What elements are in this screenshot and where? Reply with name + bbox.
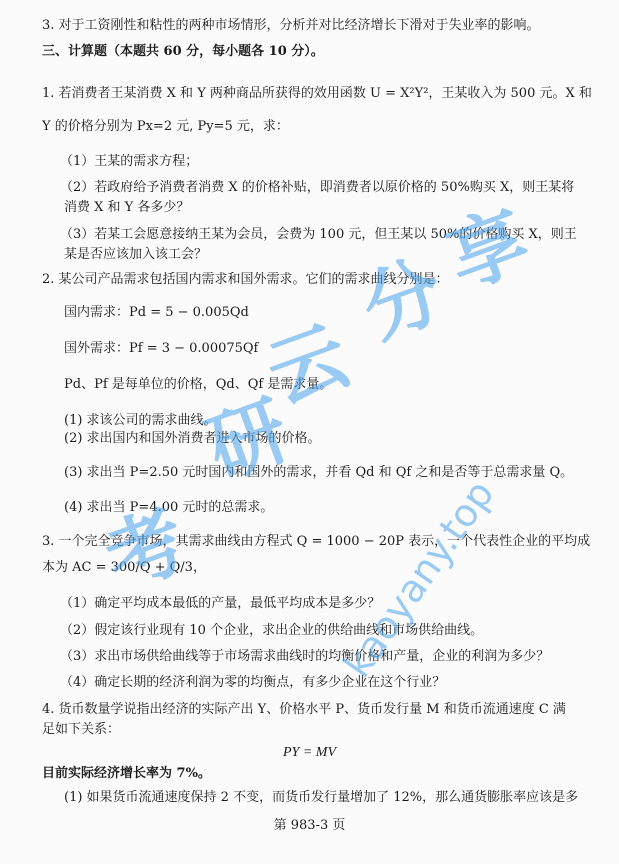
section-title: 三、计算题（本题共 60 分，每小题各 10 分）。 <box>42 44 324 60</box>
quantity-equation: PY = MV <box>0 745 619 761</box>
problem-3-sub-1: （1）确定平均成本最低的产量，最低平均成本是多少？ <box>60 596 380 612</box>
problem-2-sub-1: (1) 求该公司的需求曲线。 <box>64 413 217 429</box>
problem-3-sub-2: （2）假定该行业现有 10 个企业，求出企业的供给曲线和市场供给曲线。 <box>60 623 483 639</box>
problem-2-sub-3: (3) 求出当 P=2.50 元时国内和国外的需求，并看 Qd 和 Qf 之和是… <box>64 465 573 481</box>
problem-1-sub-3b: 某是否应该加入该工会？ <box>64 247 207 263</box>
watermark-char: 分 <box>345 228 457 360</box>
problem-2-foreign-demand: 国外需求：Pf = 3 − 0.00075Qf <box>64 341 258 357</box>
problem-2-sub-2: (2) 求出国内和国外消费者进入市场的价格。 <box>64 431 321 447</box>
problem-1-sub-3a: （3）若某工会愿意接纳王某为会员，会费为 100 元，但王某以 50%的价格购买… <box>60 227 577 243</box>
problem-4-line-1: 4. 货币数量学说指出经济的实际产出 Y、价格水平 P、货币发行量 M 和货币流… <box>42 702 566 718</box>
problem-3-sub-3: （3）求出市场供给曲线等于市场需求曲线时的均衡价格和产量，企业的利润为多少？ <box>60 649 549 665</box>
watermark-char: 云 <box>250 293 362 425</box>
page-footer: 第 983-3 页 <box>0 818 619 834</box>
problem-1-line-1: 1. 若消费者王某消费 X 和 Y 两种商品所获得的效用函数 U = X²Y²，… <box>42 86 592 102</box>
problem-2-intro: 2. 某公司产品需求包括国内需求和国外需求。它们的需求曲线分别是： <box>42 272 449 288</box>
problem-1-sub-2b: 消费 X 和 Y 各多少？ <box>64 200 189 216</box>
problem-4-line-2: 足如下关系： <box>42 722 120 738</box>
problem-2-domestic-demand: 国内需求：Pd = 5 − 0.005Qd <box>64 305 249 321</box>
exam-page: 3. 对于工资刚性和粘性的两种市场情形，分析并对比经济增长下滑对于失业率的影响。… <box>0 0 619 864</box>
problem-1-sub-2a: （2）若政府给予消费者消费 X 的价格补贴，即消费者以原价格的 50%购买 X，… <box>60 180 574 196</box>
essay-question-3: 3. 对于工资刚性和粘性的两种市场情形，分析并对比经济增长下滑对于失业率的影响。 <box>42 18 540 34</box>
problem-4-sub-1: (1) 如果货币流通速度保持 2 不变，而货币发行量增加了 12%，那么通货膨胀… <box>64 790 578 806</box>
problem-3-sub-4: （4）确定长期的经济利润为零的均衡点，有多少企业在这个行业？ <box>60 675 445 691</box>
problem-2-sub-4: (4) 求出当 P=4.00 元时的总需求。 <box>64 500 273 516</box>
problem-3-line-2: 本为 AC = 300/Q + Q/3， <box>42 560 206 576</box>
problem-3-line-1: 3. 一个完全竞争市场，其需求曲线由方程式 Q = 1000 − 20P 表示，… <box>42 534 590 550</box>
watermark-char: 享 <box>430 178 542 310</box>
problem-1-line-2: Y 的价格分别为 Px=2 元, Py=5 元，求： <box>42 119 289 135</box>
problem-2-definitions: Pd、Pf 是每单位的价格，Qd、Qf 是需求量。 <box>64 377 332 393</box>
problem-4-growth-rate: 目前实际经济增长率为 7%。 <box>42 766 211 782</box>
problem-1-sub-1: （1）王某的需求方程； <box>60 154 198 170</box>
